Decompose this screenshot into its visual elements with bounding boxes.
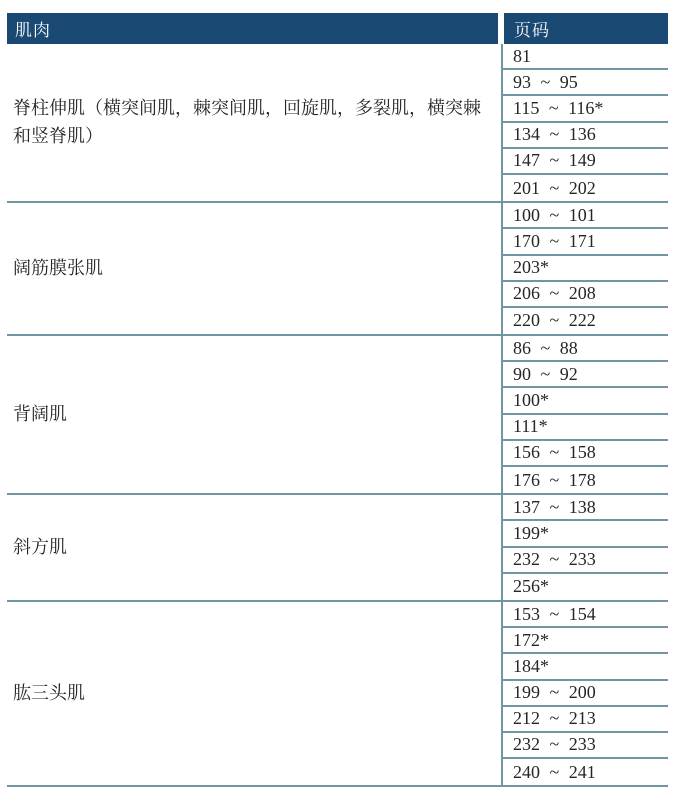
- page-row: 220 ~ 222: [503, 308, 668, 334]
- page-row: 81: [503, 44, 668, 70]
- muscle-name: 斜方肌: [13, 534, 67, 562]
- header-cell-muscle: 肌肉: [7, 13, 498, 44]
- page-row: 86 ~ 88: [503, 336, 668, 362]
- page-row: 172*: [503, 628, 668, 654]
- page-list: 137 ~ 138199*232 ~ 233256*: [503, 495, 668, 600]
- muscle-name-cell: 背阔肌: [7, 336, 503, 493]
- page-row: 90 ~ 92: [503, 362, 668, 388]
- page-row: 184*: [503, 654, 668, 680]
- muscle-name: 阔筋膜张肌: [13, 255, 103, 283]
- page-row: 206 ~ 208: [503, 282, 668, 308]
- page-list: 100 ~ 101170 ~ 171203*206 ~ 208220 ~ 222: [503, 203, 668, 334]
- page-row: 147 ~ 149: [503, 149, 668, 175]
- muscle-name-cell: 肱三头肌: [7, 602, 503, 785]
- page-row: 240 ~ 241: [503, 759, 668, 785]
- muscle-group-row: 肱三头肌153 ~ 154172*184*199 ~ 200212 ~ 2132…: [7, 602, 668, 787]
- page-row: 153 ~ 154: [503, 602, 668, 628]
- muscle-name: 脊柱伸肌（横突间肌，棘突间肌，回旋肌，多裂肌，横突棘和竖脊肌）: [13, 95, 489, 151]
- page-row: 137 ~ 138: [503, 495, 668, 521]
- page-row: 134 ~ 136: [503, 123, 668, 149]
- muscle-group-row: 阔筋膜张肌100 ~ 101170 ~ 171203*206 ~ 208220 …: [7, 203, 668, 336]
- table-header-row: 肌肉 页码: [7, 13, 668, 44]
- page-row: 203*: [503, 256, 668, 282]
- header-cell-page: 页码: [504, 13, 668, 44]
- page-list: 8193 ~ 95115 ~ 116*134 ~ 136147 ~ 149201…: [503, 44, 668, 201]
- muscle-name: 背阔肌: [13, 401, 67, 429]
- muscle-group-row: 背阔肌86 ~ 8890 ~ 92100*111*156 ~ 158176 ~ …: [7, 336, 668, 495]
- page-row: 212 ~ 213: [503, 707, 668, 733]
- muscle-group-row: 脊柱伸肌（横突间肌，棘突间肌，回旋肌，多裂肌，横突棘和竖脊肌）8193 ~ 95…: [7, 44, 668, 203]
- page-row: 100 ~ 101: [503, 203, 668, 229]
- muscle-group-row: 斜方肌137 ~ 138199*232 ~ 233256*: [7, 495, 668, 602]
- muscle-name: 肱三头肌: [13, 680, 85, 708]
- page-row: 199*: [503, 521, 668, 547]
- page-row: 100*: [503, 388, 668, 414]
- page-row: 176 ~ 178: [503, 467, 668, 493]
- page-row: 93 ~ 95: [503, 70, 668, 96]
- muscle-name-cell: 阔筋膜张肌: [7, 203, 503, 334]
- page-row: 156 ~ 158: [503, 441, 668, 467]
- page-row: 256*: [503, 574, 668, 600]
- page-row: 232 ~ 233: [503, 548, 668, 574]
- page-row: 232 ~ 233: [503, 733, 668, 759]
- page-row: 111*: [503, 415, 668, 441]
- page-row: 199 ~ 200: [503, 681, 668, 707]
- muscle-name-cell: 斜方肌: [7, 495, 503, 600]
- muscle-name-cell: 脊柱伸肌（横突间肌，棘突间肌，回旋肌，多裂肌，横突棘和竖脊肌）: [7, 44, 503, 201]
- page-list: 86 ~ 8890 ~ 92100*111*156 ~ 158176 ~ 178: [503, 336, 668, 493]
- muscle-index-table: 肌肉 页码 脊柱伸肌（横突间肌，棘突间肌，回旋肌，多裂肌，横突棘和竖脊肌）819…: [7, 13, 668, 787]
- page-row: 170 ~ 171: [503, 229, 668, 255]
- page-list: 153 ~ 154172*184*199 ~ 200212 ~ 213232 ~…: [503, 602, 668, 785]
- table-body: 脊柱伸肌（横突间肌，棘突间肌，回旋肌，多裂肌，横突棘和竖脊肌）8193 ~ 95…: [7, 44, 668, 787]
- page-row: 201 ~ 202: [503, 175, 668, 201]
- page-row: 115 ~ 116*: [503, 96, 668, 122]
